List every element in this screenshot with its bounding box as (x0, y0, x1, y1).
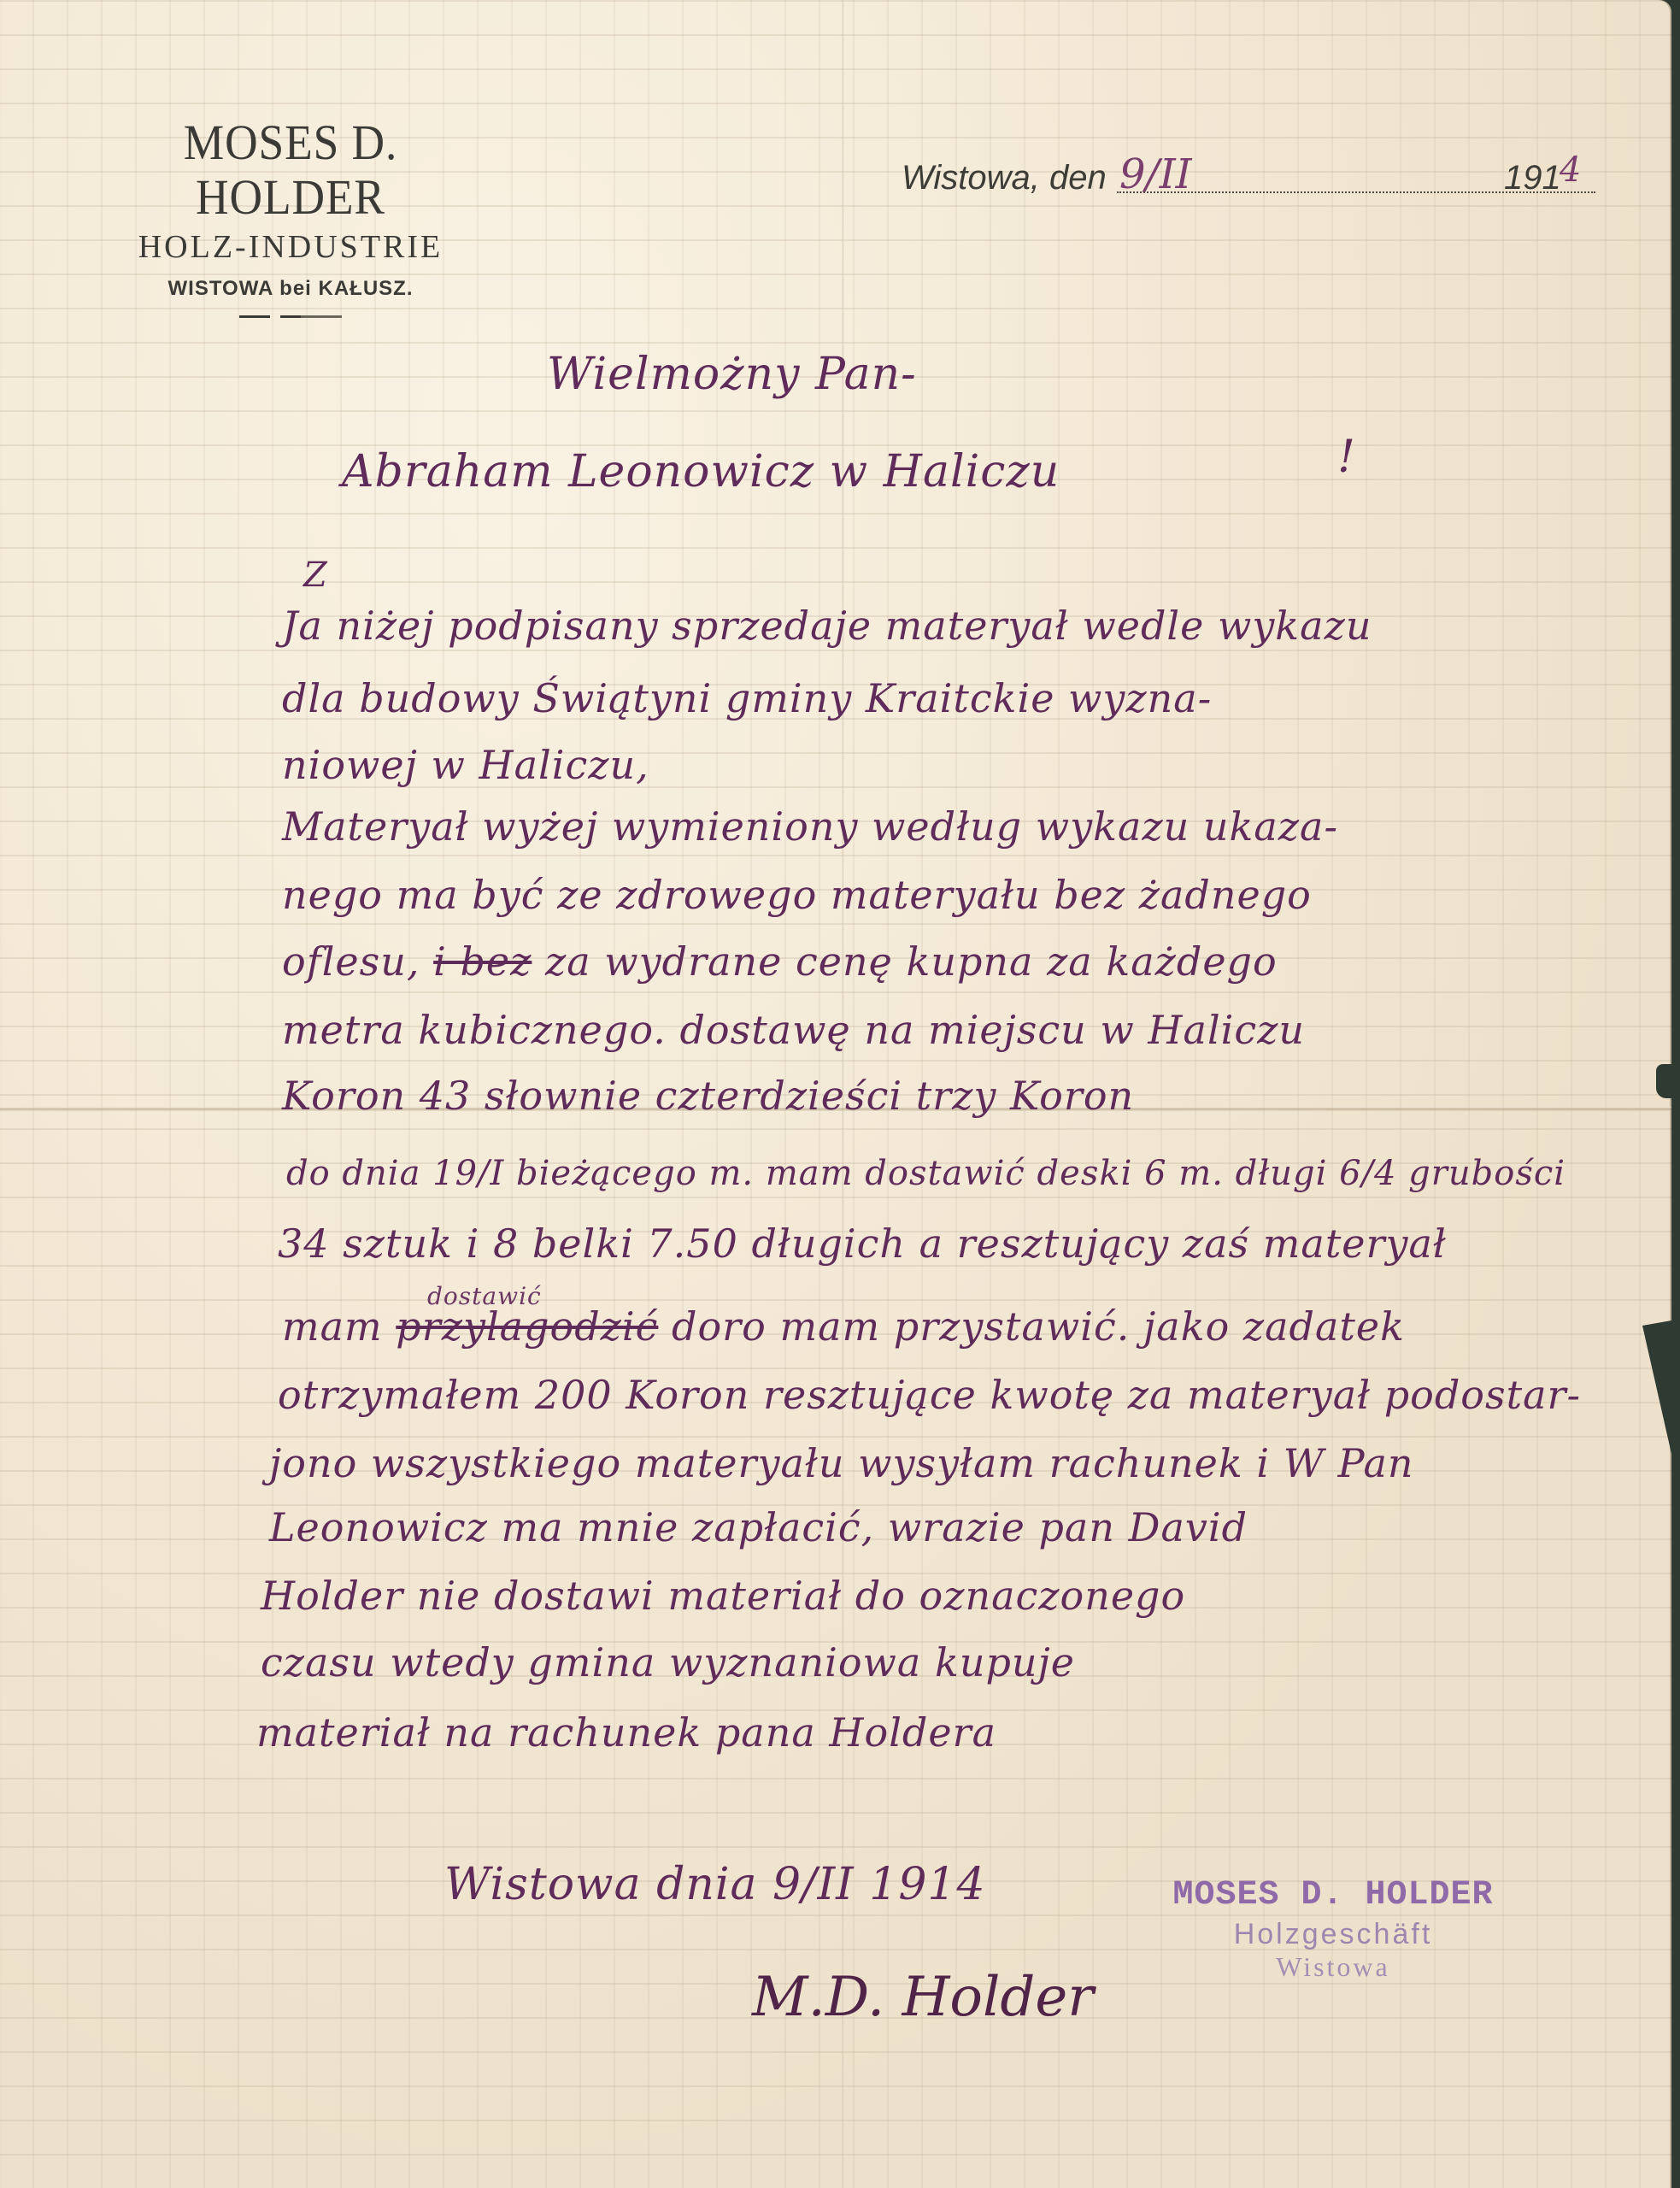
dateline: Wistowa, den 9/II 191 4 (902, 152, 1602, 203)
body-line: otrzymałem 200 Koron resztujące kwotę za… (278, 1372, 1581, 1418)
body-line-part: oflesu, (282, 938, 420, 985)
company-stamp: MOSES D. HOLDER Holzgeschäft Wistowa (1128, 1876, 1538, 1983)
body-line: Koron 43 słownie czterdzieści trzy Koron (282, 1073, 1134, 1119)
body-line-part: mam (282, 1303, 383, 1350)
letterhead-business: HOLZ-INDUSTRIE (77, 228, 504, 266)
body-line: do dnia 19/I bieżącego m. mam dostawić d… (286, 1154, 1565, 1193)
body-line: 34 sztuk i 8 belki 7.50 długich a resztu… (278, 1220, 1447, 1267)
body-line: Materyał wyżej wymieniony według wykazu … (282, 803, 1338, 850)
body-line: materiał na rachunek pana Holdera (256, 1709, 996, 1756)
salutation-line-2: Abraham Leonowicz w Haliczu (342, 446, 1060, 497)
salutation-mark: ! (1337, 432, 1356, 483)
margin-mark: Z (303, 556, 328, 595)
body-line-part: doro mam przystawić. jako zadatek (672, 1303, 1405, 1350)
letterhead-company-name: MOSES D. HOLDER (94, 115, 487, 225)
torn-edge-lower (1642, 1320, 1671, 1454)
dateline-handwritten-date: 9/II (1119, 150, 1192, 198)
body-line: jono wszystkiego materyału wysyłam rachu… (269, 1440, 1414, 1486)
body-line: Ja niżej podpisany sprzedaje materyał we… (282, 603, 1372, 649)
letterhead-divider (239, 315, 342, 318)
letter-page: MOSES D. HOLDER HOLZ-INDUSTRIE WISTOWA b… (0, 0, 1671, 2188)
body-line: dla budowy Świątyni gminy Kraitckie wyzn… (282, 675, 1212, 721)
body-line: nego ma być ze zdrowego materyału bez ża… (282, 872, 1312, 918)
body-line: czasu wtedy gmina wyznaniowa kupuje (261, 1639, 1075, 1685)
body-line: Leonowicz ma mnie zapłacić, wrazie pan D… (269, 1504, 1248, 1550)
body-line-with-strike: oflesu, i bez za wydrane cenę kupna za k… (282, 938, 1278, 985)
stamp-city: Wistowa (1128, 1951, 1538, 1983)
torn-edge-upper (1656, 1064, 1671, 1098)
body-line-with-correction: mam przylagodzić doro mam przystawić. ja… (282, 1303, 1405, 1350)
body-line: niowej w Haliczu, (282, 742, 649, 788)
salutation-line-1: Wielmożny Pan- (547, 349, 917, 400)
letterhead-location: WISTOWA bei KAŁUSZ. (77, 276, 504, 302)
body-line: Holder nie dostawi materiał do oznaczone… (261, 1573, 1185, 1619)
struck-text: przylagodzić (396, 1303, 658, 1350)
dateline-handwritten-year-digit: 4 (1560, 150, 1581, 190)
dateline-printed-year: 191 (1504, 159, 1561, 197)
closing-place-date: Wistowa dnia 9/II 1914 (444, 1859, 986, 1910)
dateline-printed-prefix: Wistowa, den (902, 159, 1107, 197)
letterhead: MOSES D. HOLDER HOLZ-INDUSTRIE WISTOWA b… (77, 115, 504, 318)
body-line-part: za wydrane cenę kupna za każdego (545, 938, 1278, 985)
body-line: metra kubicznego. dostawę na miejscu w H… (282, 1007, 1305, 1053)
signature: M.D. Holder (752, 1966, 1094, 2029)
stamp-company-name: MOSES D. HOLDER (1128, 1876, 1538, 1914)
stamp-business: Holzgeschäft (1128, 1918, 1538, 1951)
struck-text: i bez (433, 938, 532, 985)
